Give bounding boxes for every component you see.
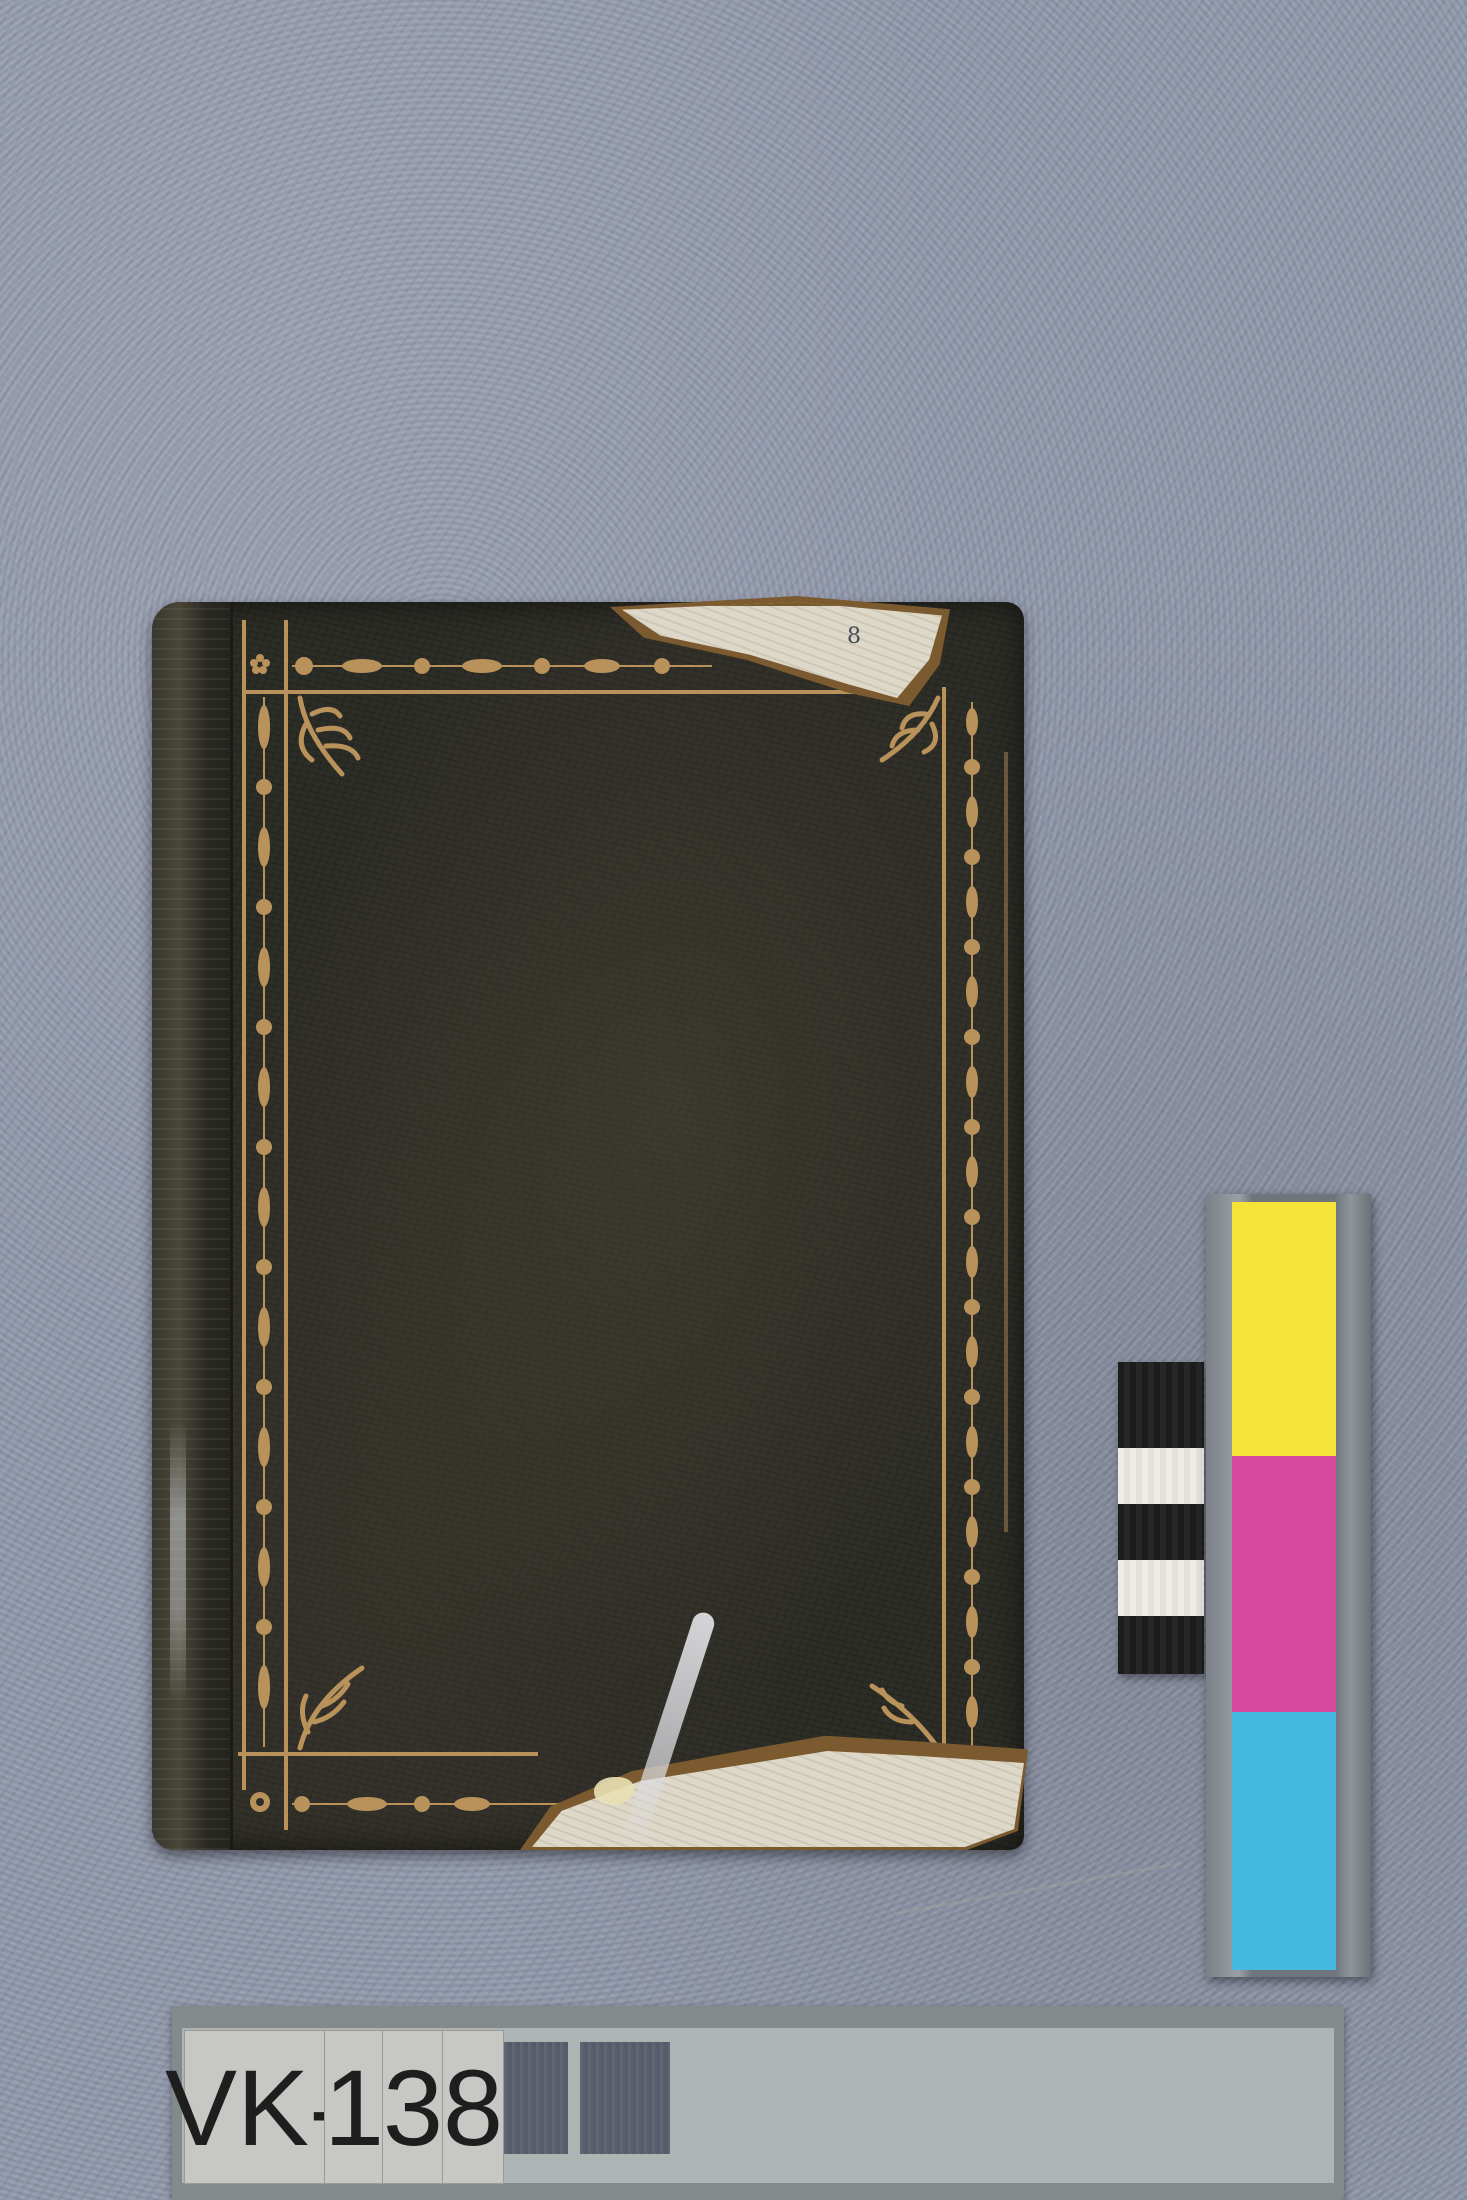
spine-wear-mark bbox=[170, 1422, 186, 1702]
grayscale-white-segment bbox=[1118, 1448, 1204, 1504]
rosette-ornament-bottom bbox=[248, 1790, 272, 1819]
bead-chain-left bbox=[252, 697, 276, 1747]
label-empty-slot bbox=[504, 2042, 568, 2154]
label-empty-slot bbox=[580, 2042, 670, 2154]
gold-rule-right-outer bbox=[1004, 752, 1008, 1532]
bead-chain-top bbox=[292, 654, 712, 683]
leaf-fleuron-top-right bbox=[862, 694, 942, 779]
leaf-fleuron-top-left bbox=[292, 694, 372, 789]
accession-label-holder: VK- 1 3 8 bbox=[172, 2006, 1344, 2200]
color-swatch-magenta bbox=[1232, 1456, 1336, 1712]
gold-rule-bottom bbox=[238, 1752, 538, 1756]
grayscale-white-segment bbox=[1118, 1560, 1204, 1616]
label-card-digit-2: 3 bbox=[382, 2030, 444, 2184]
rosette-ornament-top bbox=[248, 652, 272, 681]
grayscale-reference-bar bbox=[1118, 1362, 1204, 1674]
grayscale-black-segment bbox=[1118, 1362, 1204, 1448]
grayscale-black-segment bbox=[1118, 1504, 1204, 1560]
leather-book: 8 bbox=[152, 602, 1024, 1850]
pencil-page-mark: 8 bbox=[847, 624, 861, 649]
gold-rule-left-outer bbox=[242, 620, 246, 1790]
gold-rule-right-inner bbox=[942, 687, 946, 1757]
color-swatch-cyan bbox=[1232, 1712, 1336, 1970]
color-swatch-yellow bbox=[1232, 1202, 1336, 1456]
leaf-fleuron-bottom-left bbox=[292, 1662, 372, 1757]
gold-rule-left-inner bbox=[284, 620, 288, 1830]
bead-chain-right bbox=[960, 702, 984, 1752]
label-card-digit-3: 8 bbox=[442, 2030, 504, 2184]
exposed-board-top bbox=[622, 602, 942, 698]
color-reference-chart bbox=[1206, 1194, 1371, 1977]
book-spine bbox=[152, 602, 233, 1850]
label-card-digit-1: 1 bbox=[324, 2030, 384, 2184]
label-card-prefix: VK- bbox=[184, 2030, 326, 2184]
grayscale-black-segment bbox=[1118, 1616, 1204, 1674]
